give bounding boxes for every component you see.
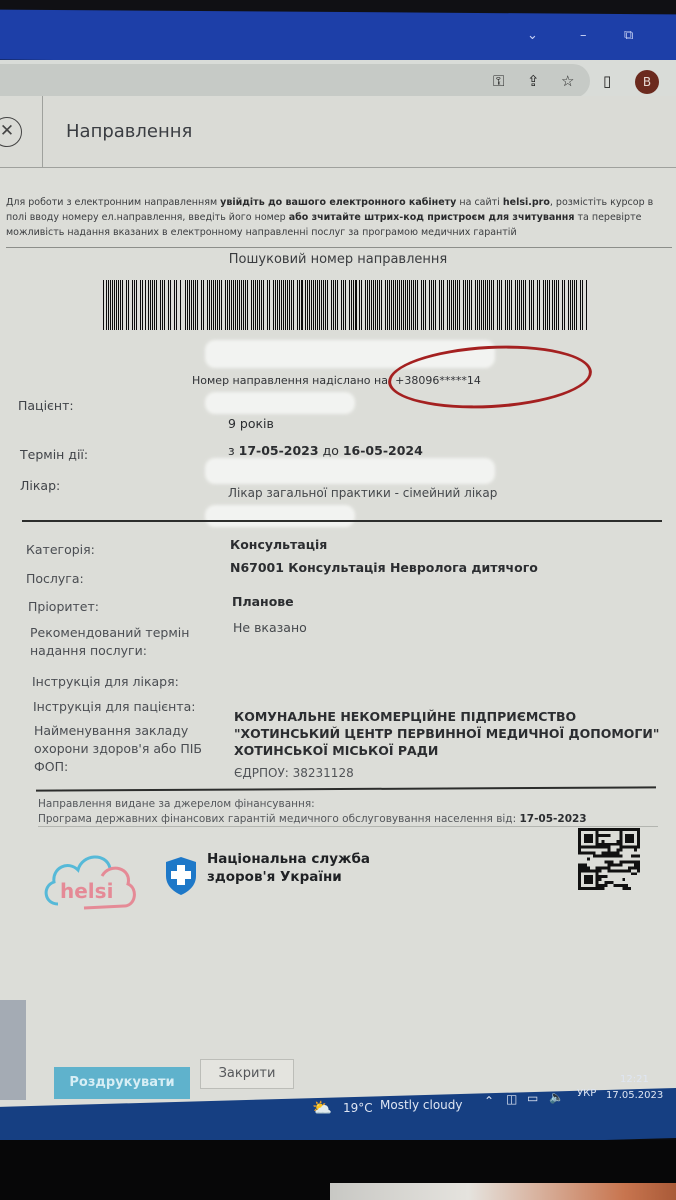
sidebar-icon[interactable]: ▯ xyxy=(603,72,611,90)
divider xyxy=(38,826,658,827)
barcode xyxy=(103,280,587,330)
print-button[interactable]: Роздрукувати xyxy=(54,1067,190,1099)
helsi-logo: helsi xyxy=(40,848,140,914)
redacted-patient-name xyxy=(205,392,355,414)
validity-value: з 17-05-2023 до 16-05-2024 xyxy=(228,443,423,458)
financing-date: 17-05-2023 xyxy=(519,813,586,825)
detail-label: Послуга: xyxy=(26,570,84,588)
search-number-label: Пошуковий номер направлення xyxy=(0,252,676,267)
detail-value: Планове xyxy=(232,594,294,609)
photo-of-screen: ⌄ – ⧉ ⚿ ⇪ ☆ ▯ B ✕ Направлення Для роботи… xyxy=(0,0,676,1200)
close-button[interactable]: Закрити xyxy=(200,1059,294,1089)
financing-line: Програма державних фінансових гарантій м… xyxy=(38,812,587,827)
financing-line: Направлення видане за джерелом фінансува… xyxy=(38,797,587,812)
restore-button[interactable]: ⧉ xyxy=(624,28,633,43)
organization-name: КОМУНАЛЬНЕ НЕКОМЕРЦІЙНЕ ПІДПРИЄМСТВО "ХО… xyxy=(234,708,659,759)
background-photo-edge xyxy=(330,1183,676,1200)
star-icon[interactable]: ☆ xyxy=(561,72,574,90)
org-line: ХОТИНСЬКОЇ МІСЬКОЇ РАДИ xyxy=(234,742,659,759)
doctor-position: Лікар загальної практики - сімейний ліка… xyxy=(228,486,497,500)
org-line: "ХОТИНСЬКИЙ ЦЕНТР ПЕРВИННОЇ МЕДИЧНОЇ ДОП… xyxy=(234,725,659,742)
financing-program: Програма державних фінансових гарантій м… xyxy=(38,813,519,825)
validity-label: Термін дії: xyxy=(20,447,88,462)
validity-mid: до xyxy=(319,443,343,458)
section-divider xyxy=(22,520,662,522)
detail-label: Інструкція для лікаря: xyxy=(32,673,179,691)
financing-info: Направлення видане за джерелом фінансува… xyxy=(38,797,587,827)
intro-bold: або зчитайте штрих-код пристроєм для зчи… xyxy=(289,212,575,223)
intro-text: Для роботи з електронним направленням xyxy=(6,197,220,208)
intro-text: на сайті xyxy=(456,197,502,208)
helsi-link: helsi.pro xyxy=(503,197,550,208)
weather-icon[interactable]: ⛅ xyxy=(312,1098,332,1117)
page-title: Направлення xyxy=(66,121,192,142)
doctor-label: Лікар: xyxy=(20,478,60,493)
weather-temp[interactable]: 19°C xyxy=(343,1101,373,1115)
intro-bold: увійдіть до вашого електронного кабінету xyxy=(220,197,456,208)
detail-label: Пріоритет: xyxy=(28,598,99,616)
redacted-doctor-name xyxy=(205,458,495,484)
clock-date[interactable]: 17.05.2023 xyxy=(606,1090,663,1101)
instructions-text: Для роботи з електронним направленням ув… xyxy=(6,195,672,240)
key-icon[interactable]: ⚿ xyxy=(493,72,504,90)
detail-value: Не вказано xyxy=(233,620,307,635)
org-line: КОМУНАЛЬНЕ НЕКОМЕРЦІЙНЕ ПІДПРИЄМСТВО xyxy=(234,708,659,725)
weather-text[interactable]: Mostly cloudy xyxy=(380,1098,463,1112)
nszu-line: Національна служба xyxy=(207,850,370,868)
divider xyxy=(6,247,672,248)
svg-text:helsi: helsi xyxy=(60,879,113,903)
qr-code xyxy=(578,828,640,890)
meet-icon[interactable]: ◫ xyxy=(506,1092,517,1106)
language-indicator[interactable]: УКР xyxy=(577,1088,596,1099)
detail-value: Консультація xyxy=(230,537,327,552)
detail-value: N67001 Консультація Невролога дитячого xyxy=(230,560,538,575)
validity-from: 17-05-2023 xyxy=(239,443,319,458)
edrpou-code: ЄДРПОУ: 38231128 xyxy=(234,766,354,780)
network-icon[interactable]: ▭ xyxy=(527,1091,538,1105)
volume-icon[interactable]: 🔈 xyxy=(549,1090,564,1104)
detail-label: Найменування закладу охорони здоров'я аб… xyxy=(34,722,204,776)
nszu-shield-icon xyxy=(164,856,198,896)
nszu-logo-text: Національна служба здоров'я України xyxy=(207,850,370,886)
detail-label: Інструкція для пацієнта: xyxy=(33,698,196,716)
profile-avatar[interactable]: B xyxy=(635,70,659,94)
validity-to: 16-05-2024 xyxy=(343,443,423,458)
window-edge xyxy=(0,1000,26,1100)
redacted-doctor-phone xyxy=(205,505,355,527)
detail-label: Рекомендований термін надання послуги: xyxy=(30,624,210,660)
validity-prefix: з xyxy=(228,443,239,458)
chevron-up-icon[interactable]: ⌃ xyxy=(484,1094,494,1108)
header-divider xyxy=(42,96,43,168)
nszu-line: здоров'я України xyxy=(207,868,370,886)
window-titlebar xyxy=(0,10,676,65)
clock-time[interactable]: 12:21 xyxy=(620,1074,649,1085)
share-icon[interactable]: ⇪ xyxy=(527,72,540,90)
patient-age: 9 років xyxy=(228,416,274,431)
detail-label: Категорія: xyxy=(26,541,95,559)
tab-search-button[interactable]: ⌄ xyxy=(527,28,538,43)
minimize-button[interactable]: – xyxy=(580,28,587,43)
patient-label: Пацієнт: xyxy=(18,398,74,413)
